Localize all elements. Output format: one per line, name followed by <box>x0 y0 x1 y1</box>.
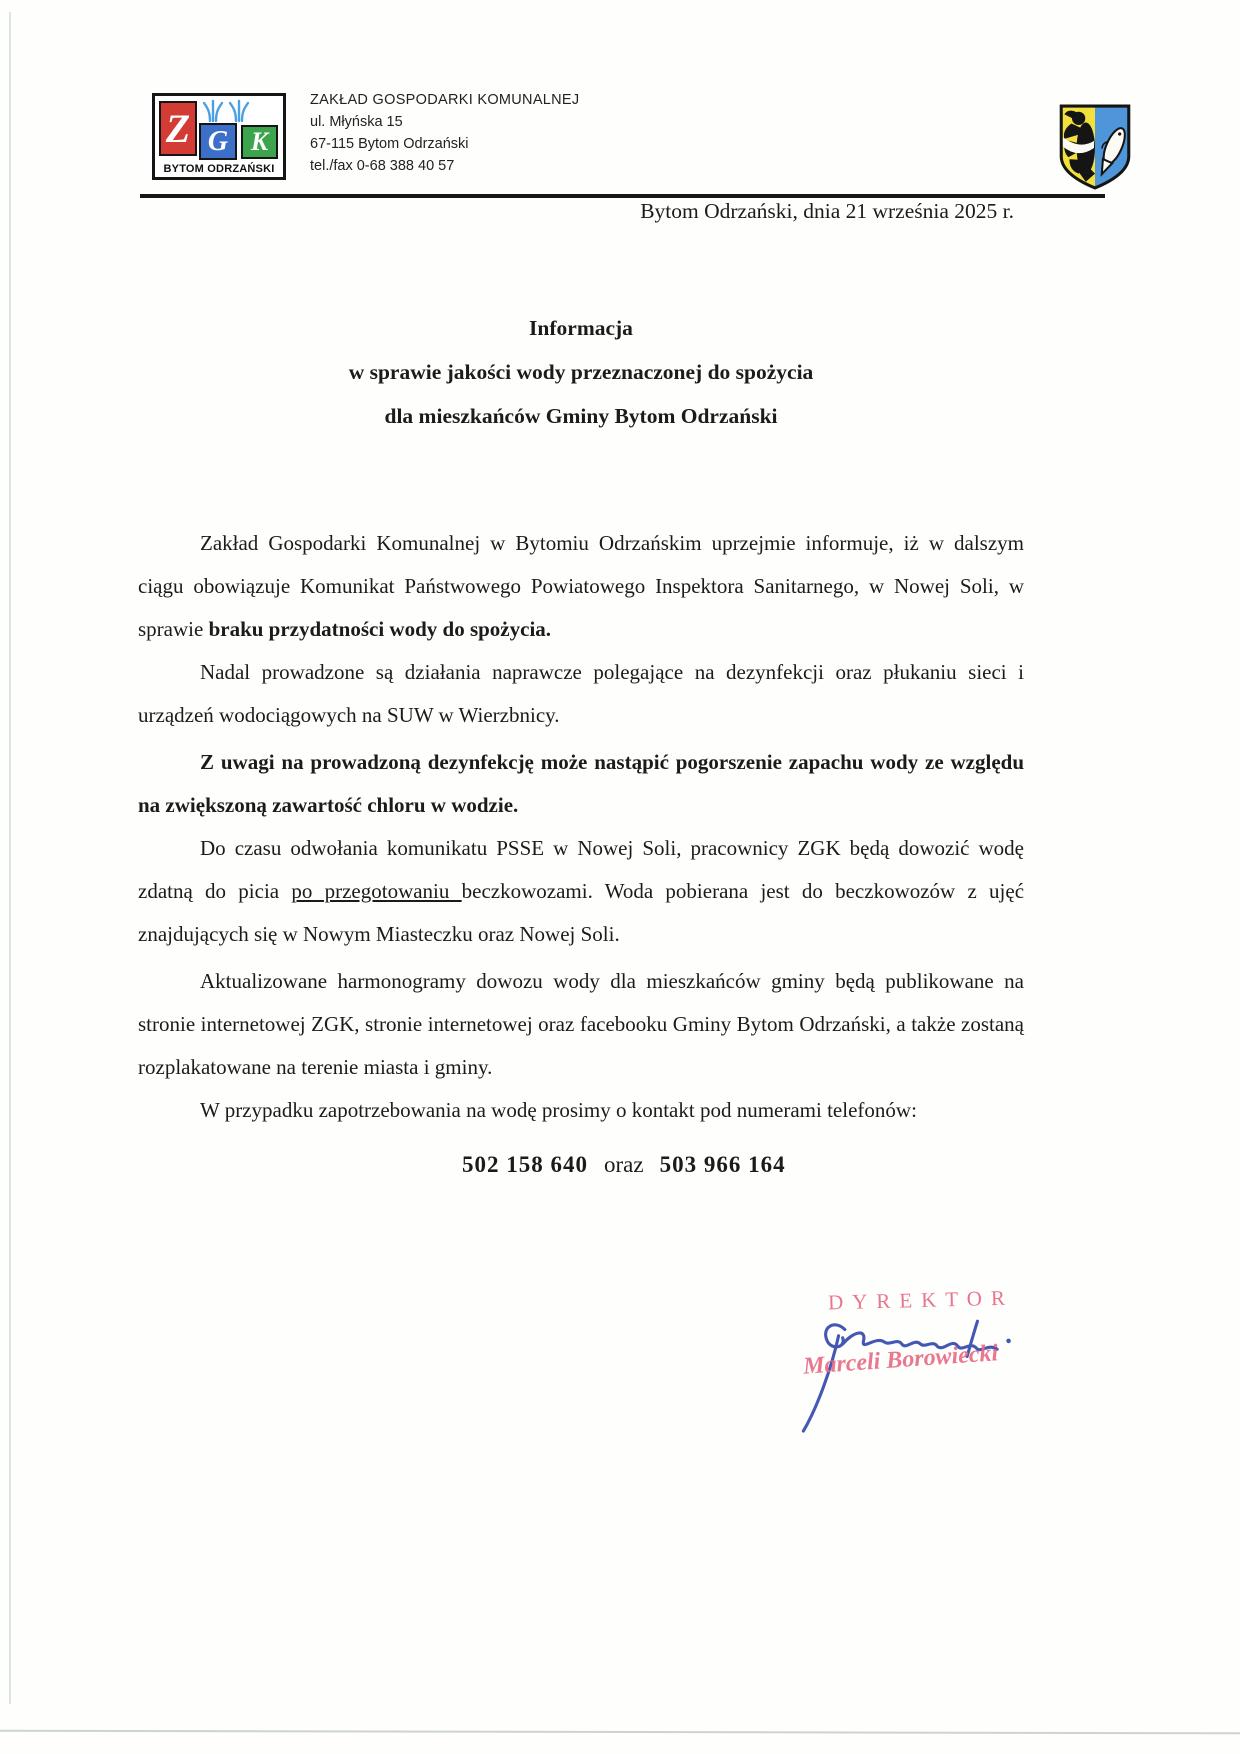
org-phone: tel./fax 0-68 388 40 57 <box>310 155 579 177</box>
logo-tile-z: Z <box>159 101 197 156</box>
logo-tile-g: G <box>199 123 237 160</box>
logo-caption: BYTOM ODRZAŃSKI <box>155 163 283 175</box>
paragraph-4-underlined-text: po przegotowaniu <box>291 879 461 903</box>
paragraph-2: Nadal prowadzone są działania naprawcze … <box>138 651 1024 737</box>
title-line-3: dla mieszkańców Gminy Bytom Odrzański <box>138 394 1024 438</box>
letter-body: Zakład Gospodarki Komunalnej w Bytomiu O… <box>138 522 1024 1132</box>
scanned-letter-page: Z G K BYTOM ODRZAŃSKI ZAKŁAD GOSPODARKI … <box>0 0 1240 1754</box>
phone-numbers-line: 502 158 640oraz503 966 164 <box>462 1152 786 1178</box>
bytom-odrzanski-crest-icon <box>1057 103 1133 191</box>
scan-edge-artifact-bottom <box>0 1730 1240 1735</box>
dateline: Bytom Odrzański, dnia 21 września 2025 r… <box>138 199 1014 224</box>
org-city: 67-115 Bytom Odrzański <box>310 133 579 155</box>
phone-number-2: 503 966 164 <box>660 1152 786 1177</box>
logo-letter-k: K <box>251 129 268 155</box>
header-divider-rule <box>140 194 1105 198</box>
paragraph-3: Z uwagi na prowadzoną dezynfekcję może n… <box>138 741 1024 827</box>
scan-edge-artifact-left <box>9 12 11 1704</box>
title-line-2: w sprawie jakości wody przeznaczonej do … <box>138 350 1024 394</box>
document-title: Informacja w sprawie jakości wody przezn… <box>138 306 1024 438</box>
logo-letter-g: G <box>208 128 228 156</box>
paragraph-5: Aktualizowane harmonogramy dowozu wody d… <box>138 960 1024 1089</box>
title-line-1: Informacja <box>138 306 1024 350</box>
phone-number-1: 502 158 640 <box>462 1152 588 1177</box>
paragraph-1-bold-text: braku przydatności wody do spożycia. <box>209 617 551 641</box>
fountain-spray-icon <box>201 97 253 123</box>
logo-tile-k: K <box>241 125 278 159</box>
phone-separator: oraz <box>604 1152 644 1177</box>
paragraph-6: W przypadku zapotrzebowania na wodę pros… <box>138 1089 1024 1132</box>
paragraph-1: Zakład Gospodarki Komunalnej w Bytomiu O… <box>138 522 1024 651</box>
org-street: ul. Młyńska 15 <box>310 111 579 133</box>
letterhead-address-block: ZAKŁAD GOSPODARKI KOMUNALNEJ ul. Młyńska… <box>310 89 579 177</box>
zgk-logo: Z G K BYTOM ODRZAŃSKI <box>152 93 286 180</box>
paragraph-4: Do czasu odwołania komunikatu PSSE w Now… <box>138 827 1024 956</box>
logo-letter-z: Z <box>166 109 190 149</box>
org-name: ZAKŁAD GOSPODARKI KOMUNALNEJ <box>310 89 579 111</box>
